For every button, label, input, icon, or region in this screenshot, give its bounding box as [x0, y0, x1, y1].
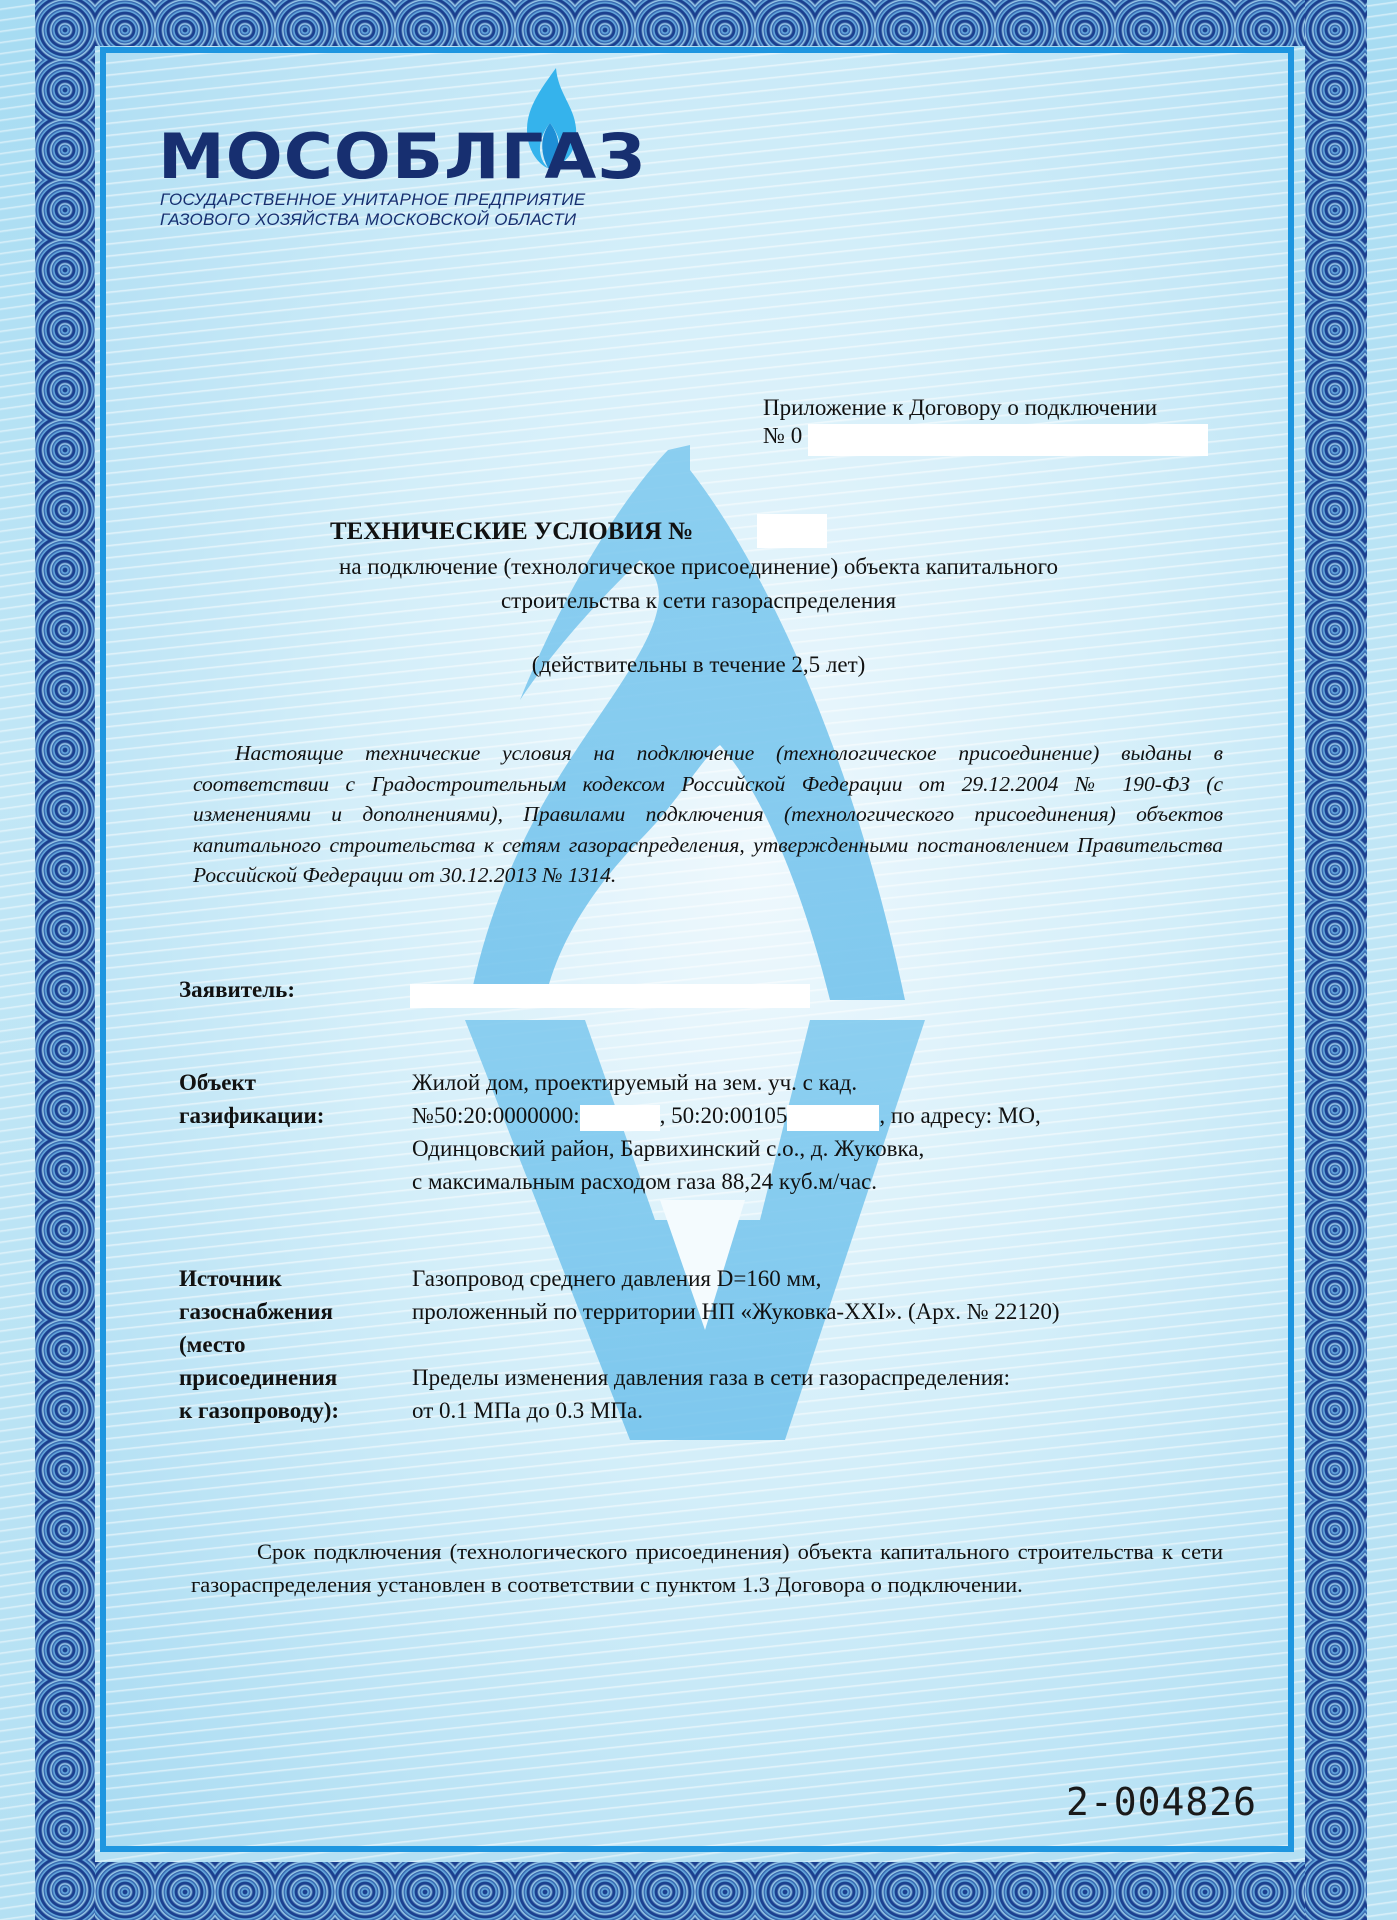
object-line3: Одинцовский район, Барвихинский с.о., д.… — [412, 1132, 1041, 1165]
document-subtitle-line2: строительства к сети газораспределения — [0, 586, 1397, 616]
logo-title: МОСОБЛГАЗ — [158, 126, 646, 188]
redacted-contract-number — [808, 424, 1208, 456]
document-title: ТЕХНИЧЕСКИЕ УСЛОВИЯ № — [330, 518, 693, 546]
source-label-line5: к газопроводу): — [179, 1394, 339, 1427]
redacted-tu-number — [757, 514, 827, 548]
object-line4: с максимальным расходом газа 88,24 куб.м… — [412, 1165, 1041, 1198]
cadastral-number-2: , 50:20:00105 — [660, 1103, 788, 1128]
source-label-line2: газоснабжения — [179, 1295, 339, 1328]
object-label-line1: Объект — [179, 1066, 324, 1099]
source-label-line4: присоединения — [179, 1361, 339, 1394]
ornamental-border-bottom — [35, 1862, 1367, 1920]
object-label: Объект газификации: — [179, 1066, 324, 1132]
preamble-paragraph: Настоящие технические условия на подключ… — [193, 738, 1223, 891]
object-line2: №50:20:0000000:, 50:20:00105, по адресу:… — [412, 1099, 1041, 1132]
logo-subtitle-line1: ГОСУДАРСТВЕННОЕ УНИТАРНОЕ ПРЕДПРИЯТИЕ — [160, 190, 586, 210]
validity-note: (действительны в течение 2,5 лет) — [0, 650, 1397, 680]
redacted-cadastral-2 — [787, 1105, 879, 1131]
source-line2: проложенный по территории НП «Жуковка-XX… — [412, 1295, 1060, 1328]
object-label-line2: газификации: — [179, 1099, 324, 1132]
object-line1: Жилой дом, проектируемый на зем. уч. с к… — [412, 1066, 1041, 1099]
source-line4: от 0.1 МПа до 0.3 МПа. — [412, 1394, 1060, 1427]
source-label: Источник газоснабжения (место присоедине… — [179, 1262, 339, 1427]
source-label-line3: (место — [179, 1328, 339, 1361]
redacted-applicant-name — [410, 984, 810, 1008]
source-label-line1: Источник — [179, 1262, 339, 1295]
closing-paragraph: Срок подключения (технологического присо… — [191, 1535, 1223, 1601]
cadastral-number-1: №50:20:0000000: — [412, 1103, 580, 1128]
ornamental-border-right — [1305, 0, 1367, 1920]
redacted-cadastral-1 — [580, 1105, 660, 1131]
logo-subtitle: ГОСУДАРСТВЕННОЕ УНИТАРНОЕ ПРЕДПРИЯТИЕ ГА… — [160, 190, 586, 230]
address-prefix: , по адресу: МО, — [879, 1103, 1040, 1128]
ornamental-border-top — [35, 0, 1367, 46]
object-value: Жилой дом, проектируемый на зем. уч. с к… — [412, 1066, 1041, 1198]
logo-subtitle-line2: ГАЗОВОГО ХОЗЯЙСТВА МОСКОВСКОЙ ОБЛАСТИ — [160, 210, 586, 230]
applicant-label: Заявитель: — [179, 973, 295, 1006]
ornamental-border-left — [35, 0, 95, 1920]
appendix-title: Приложение к Договору о подключении — [763, 394, 1157, 422]
source-line3: Пределы изменения давления газа в сети г… — [412, 1361, 1060, 1394]
serial-number: 2-004826 — [1066, 1780, 1257, 1824]
document-subtitle-line1: на подключение (технологическое присоеди… — [0, 552, 1397, 582]
source-line1: Газопровод среднего давления D=160 мм, — [412, 1262, 1060, 1295]
source-value: Газопровод среднего давления D=160 мм, п… — [412, 1262, 1060, 1427]
